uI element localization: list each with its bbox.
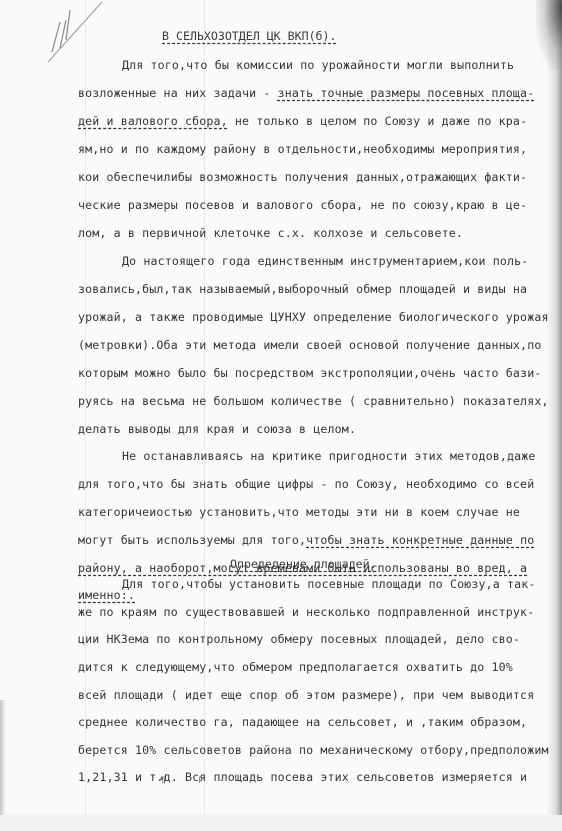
line-text: же по краям по существовавшей и нескольк… — [78, 605, 534, 619]
document-line: дей и валового сбора, не только в целом … — [78, 114, 527, 128]
page-corner-shadow — [536, 0, 562, 70]
document-line: ческие размеры посевов и валового сбора,… — [78, 198, 527, 212]
line-text: могут быть используемы для того, — [78, 533, 306, 547]
document-line: кои обеспечилибы возможность получения д… — [78, 170, 527, 184]
page-edge-shadow — [546, 0, 562, 815]
document-line: 1,21,31 и т.д. Вся площадь посева этих с… — [78, 770, 527, 784]
line-text: ческие размеры посевов и валового сбора,… — [78, 198, 527, 212]
scan-margin — [0, 815, 562, 831]
line-text: для того,что бы знать общие цифры - по С… — [78, 477, 534, 491]
line-text: среднее количество га, падающее на сельс… — [78, 715, 527, 729]
document-line: берется 10% сельсоветов района по механи… — [78, 743, 549, 757]
document-line: (метровки).Оба эти метода имели своей ос… — [78, 338, 541, 352]
document-line: урожай, а также проводимые ЦУНХУ определ… — [78, 310, 549, 324]
line-text: ям,но и по каждому району в отдельности,… — [78, 142, 527, 156]
underlined-text: дей и валового сбора, — [78, 114, 228, 128]
document-line: среднее количество га, падающее на сельс… — [78, 715, 527, 729]
document-line: До настоящего года единственным инструме… — [122, 254, 528, 268]
stray-mark: ǀ — [197, 776, 202, 786]
document-line: всей площади ( идет еще спор об этом раз… — [78, 688, 534, 702]
line-text: (метровки).Оба эти метода имели своей ос… — [78, 338, 541, 352]
document-page: В СЕЛЬХОЗОТДЕЛ ЦК ВКП(б). Для того,что б… — [0, 0, 562, 815]
document-line: для того,что бы знать общие цифры - по С… — [78, 477, 534, 491]
document-line: зовались,был,так называемый,выборочный о… — [78, 282, 527, 296]
document-title: В СЕЛЬХОЗОТДЕЛ ЦК ВКП(б). — [162, 29, 337, 43]
line-text: которым можно было бы посредством экстро… — [78, 366, 541, 380]
document-line: которым можно было бы посредством экстро… — [78, 366, 541, 380]
underlined-text: знать точные размеры посевных площа- — [278, 86, 535, 100]
document-line: же по краям по существовавшей и нескольк… — [78, 605, 534, 619]
title-text: В СЕЛЬХОЗОТДЕЛ ЦК ВКП(б). — [162, 29, 337, 43]
pencil-annotation-mark — [40, 0, 120, 70]
document-line: дится к следующему,что обмером предполаг… — [78, 660, 513, 674]
page-edge-shadow — [0, 700, 6, 815]
document-line: Не останавливаясь на критике пригодности… — [122, 449, 536, 463]
section-heading: Определение площадей. — [230, 557, 377, 571]
line-text: делать выводы для края и союза в целом. — [78, 422, 356, 436]
line-text: руясь на весьма не большом количестве ( … — [78, 394, 549, 408]
underlined-text: чтобы знать конкретные данные по — [306, 533, 534, 547]
line-text: не только в целом по Союзу и даже по кра… — [228, 114, 527, 128]
line-text: берется 10% сельсоветов района по механи… — [78, 743, 549, 757]
line-text: До настоящего года единственным инструме… — [122, 254, 528, 268]
line-text: зовались,был,так называемый,выборочный о… — [78, 282, 527, 296]
document-line: ции НКЗема по контрольному обмеру посевн… — [78, 632, 520, 646]
line-text: Для того,чтобы установить посевные площа… — [122, 577, 536, 591]
document-line: могут быть используемы для того,чтобы зн… — [78, 533, 534, 547]
line-text: 1,21,31 и т.д. Вся площадь посева этих с… — [78, 770, 527, 784]
document-line: делать выводы для края и союза в целом. — [78, 422, 356, 436]
line-text: урожай, а также проводимые ЦУНХУ определ… — [78, 310, 549, 324]
document-line: руясь на весьма не большом количестве ( … — [78, 394, 549, 408]
line-text: дится к следующему,что обмером предполаг… — [78, 660, 513, 674]
section-heading-text: Определение площадей. — [230, 557, 377, 571]
stray-mark: ¶ — [160, 776, 165, 786]
document-line: возложенные на них задачи - знать точные… — [78, 86, 534, 100]
line-text: Не останавливаясь на критике пригодности… — [122, 449, 536, 463]
line-text: всей площади ( идет еще спор об этом раз… — [78, 688, 534, 702]
line-text: Для того,что бы комиссии по урожайности … — [122, 58, 514, 72]
line-text: ции НКЗема по контрольному обмеру посевн… — [78, 632, 520, 646]
line-text: возложенные на них задачи - — [78, 86, 278, 100]
document-line: Для того,чтобы установить посевные площа… — [122, 577, 536, 591]
document-line: категоричеиостью установить,что методы э… — [78, 505, 520, 519]
line-text: кои обеспечилибы возможность получения д… — [78, 170, 527, 184]
document-line: Для того,что бы комиссии по урожайности … — [122, 58, 514, 72]
document-line: лом, а в первичной клеточке с.х. колхозе… — [78, 226, 463, 240]
line-text: лом, а в первичной клеточке с.х. колхозе… — [78, 226, 463, 240]
line-text: категоричеиостью установить,что методы э… — [78, 505, 520, 519]
document-line: ям,но и по каждому району в отдельности,… — [78, 142, 527, 156]
